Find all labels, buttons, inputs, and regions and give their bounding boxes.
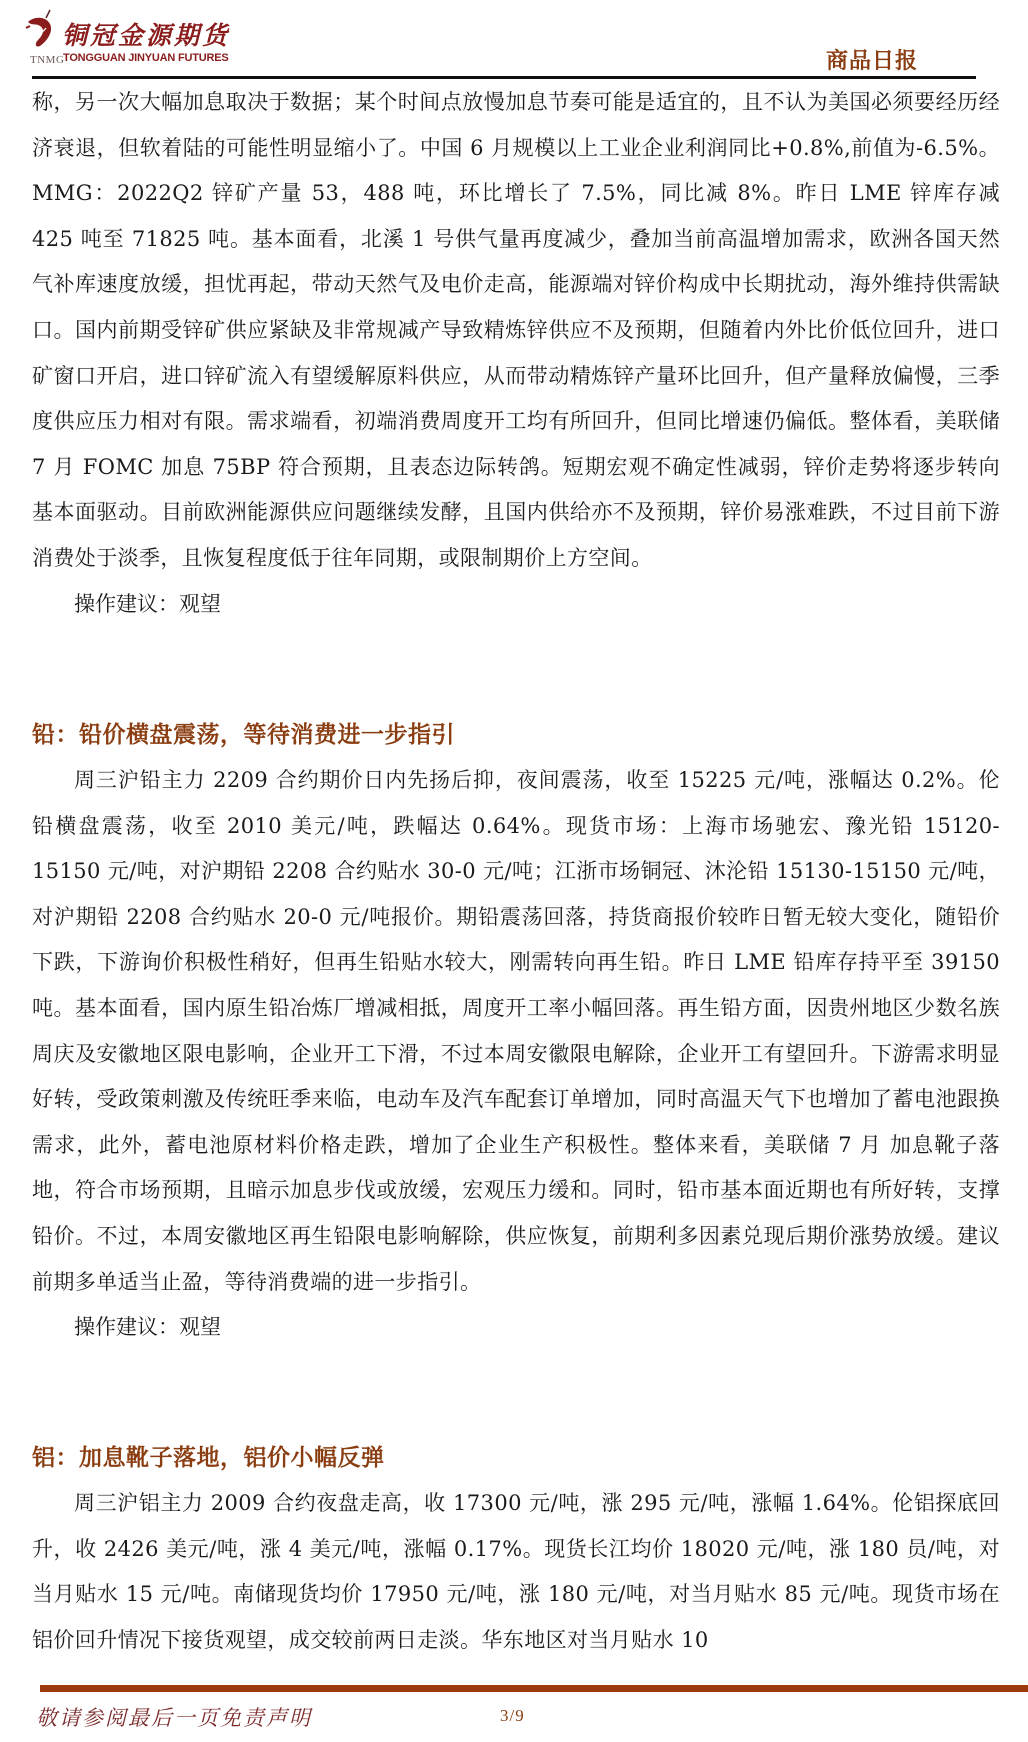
- aluminum-section: 铝：加息靴子落地，铝价小幅反弹 周三沪铝主力 2009 合约夜盘走高，收 173…: [32, 1436, 1000, 1663]
- report-type-label: 商品日报: [826, 44, 918, 75]
- zinc-advice: 操作建议：观望: [32, 582, 1000, 628]
- page-header: TNMG 铜冠金源期货 TONGGUAN JINYUAN FUTURES 商品日…: [0, 0, 1028, 82]
- header-divider: [32, 76, 976, 79]
- aluminum-paragraph: 周三沪铝主力 2009 合约夜盘走高，收 17300 元/吨，涨 295 元/吨…: [32, 1481, 1000, 1663]
- lead-paragraph: 周三沪铅主力 2209 合约期价日内先扬后抑，夜间震荡，收至 15225 元/吨…: [32, 758, 1000, 1305]
- logo-english-name: TONGGUAN JINYUAN FUTURES: [63, 52, 229, 64]
- tnmg-logo-icon: [24, 8, 60, 52]
- zinc-paragraph: 称，另一次大幅加息取决于数据；某个时间点放慢加息节奏可能是适宜的，且不认为美国必…: [32, 80, 1000, 582]
- logo-abbr: TNMG: [30, 54, 64, 66]
- footer-divider: [40, 1685, 1028, 1692]
- zinc-section-continued: 称，另一次大幅加息取决于数据；某个时间点放慢加息节奏可能是适宜的，且不认为美国必…: [32, 80, 1000, 627]
- lead-section-title: 铅：铅价横盘震荡，等待消费进一步指引: [32, 713, 1000, 758]
- company-logo: TNMG 铜冠金源期货 TONGGUAN JINYUAN FUTURES: [18, 6, 258, 68]
- lead-advice: 操作建议：观望: [32, 1305, 1000, 1351]
- footer-disclaimer: 敬请参阅最后一页免责声明: [36, 1702, 312, 1732]
- aluminum-section-title: 铝：加息靴子落地，铝价小幅反弹: [32, 1436, 1000, 1481]
- logo-chinese-name: 铜冠金源期货: [62, 16, 230, 52]
- page-number: 3/9: [500, 1706, 525, 1726]
- lead-section: 铅：铅价横盘震荡，等待消费进一步指引 周三沪铅主力 2209 合约期价日内先扬后…: [32, 713, 1000, 1351]
